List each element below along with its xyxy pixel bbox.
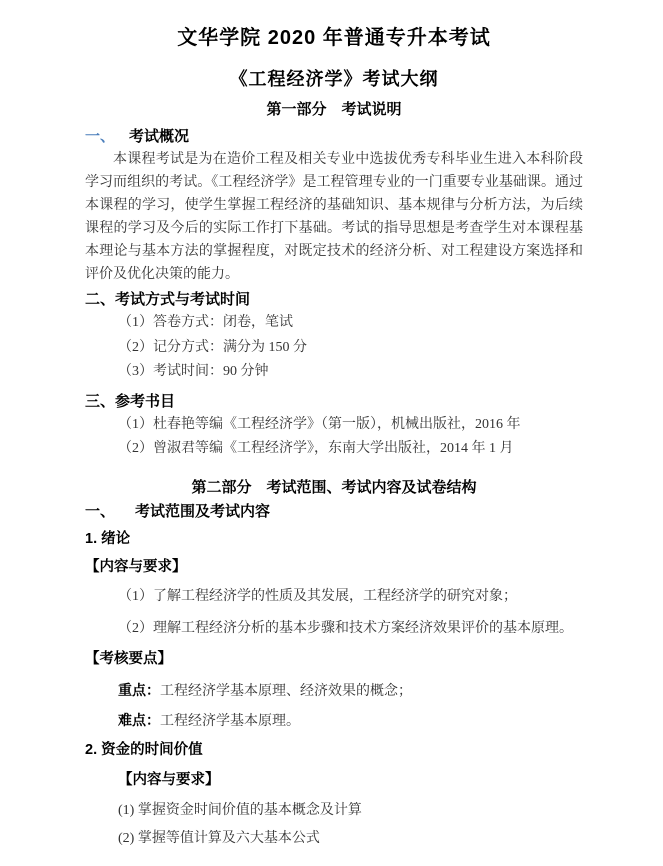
chapter1-content-item: （1）了解工程经济学的性质及其发展，工程经济学的研究对象； bbox=[85, 585, 583, 610]
key-point-label: 重点： bbox=[118, 682, 160, 698]
key-point-text: 工程经济学基本原理、经济效果的概念； bbox=[160, 684, 412, 699]
doc-title: 文华学院 2020 年普通专升本考试 bbox=[85, 24, 583, 52]
section-exam-method-heading: 二、考试方式与考试时间 bbox=[85, 289, 583, 311]
section-scope-title: 考试范围及考试内容 bbox=[135, 503, 270, 520]
chapter1-key-point-line: 重点：工程经济学基本原理、经济效果的概念； bbox=[85, 678, 583, 705]
section-references-heading: 三、参考书目 bbox=[85, 391, 583, 413]
chapter1-difficult-line: 难点：工程经济学基本原理。 bbox=[85, 708, 583, 735]
part1-heading: 第一部分 考试说明 bbox=[85, 100, 583, 120]
chapter1-heading: 1. 绪论 bbox=[85, 528, 583, 550]
chapter2-content-label: 【内容与要求】 bbox=[85, 769, 583, 791]
exam-method-item: （2）记分方式：满分为 150 分 bbox=[85, 336, 583, 361]
chapter1-content-item: （2）理解工程经济分析的基本步骤和技术方案经济效果评价的基本原理。 bbox=[85, 617, 583, 642]
chapter2-heading: 2. 资金的时间价值 bbox=[85, 739, 583, 761]
exam-method-item: （3）考试时间：90 分钟 bbox=[85, 360, 583, 385]
doc-subtitle: 《工程经济学》考试大纲 bbox=[85, 66, 583, 92]
chapter2-content-item: (2) 掌握等值计算及六大基本公式 bbox=[85, 827, 583, 852]
chapter1-assess-label: 【考核要点】 bbox=[85, 648, 583, 670]
section-overview-title: 考试概况 bbox=[129, 128, 189, 145]
section-overview-marker: 一、 bbox=[85, 126, 115, 148]
section-scope-heading: 一、考试范围及考试内容 bbox=[85, 501, 583, 523]
chapter1-content-label: 【内容与要求】 bbox=[85, 556, 583, 578]
part2-heading: 第二部分 考试范围、考试内容及试卷结构 bbox=[85, 478, 583, 498]
difficult-label: 难点： bbox=[118, 712, 160, 728]
overview-paragraph: 本课程考试是为在造价工程及相关专业中选拔优秀专科毕业生进入本科阶段学习而组织的考… bbox=[85, 148, 583, 286]
reference-item: （1）杜春艳等编《工程经济学》（第一版），机械出版社，2016 年 bbox=[85, 413, 583, 438]
reference-item: （2）曾淑君等编《工程经济学》，东南大学出版社，2014 年 1 月 bbox=[85, 437, 583, 462]
section-overview-heading: 一、考试概况 bbox=[85, 126, 583, 148]
document-page: 文华学院 2020 年普通专升本考试 《工程经济学》考试大纲 第一部分 考试说明… bbox=[0, 0, 663, 866]
section-scope-marker: 一、 bbox=[85, 501, 115, 523]
difficult-text: 工程经济学基本原理。 bbox=[160, 714, 300, 729]
chapter2-content-item: (1) 掌握资金时间价值的基本概念及计算 bbox=[85, 799, 583, 824]
exam-method-item: （1）答卷方式：闭卷，笔试 bbox=[85, 311, 583, 336]
